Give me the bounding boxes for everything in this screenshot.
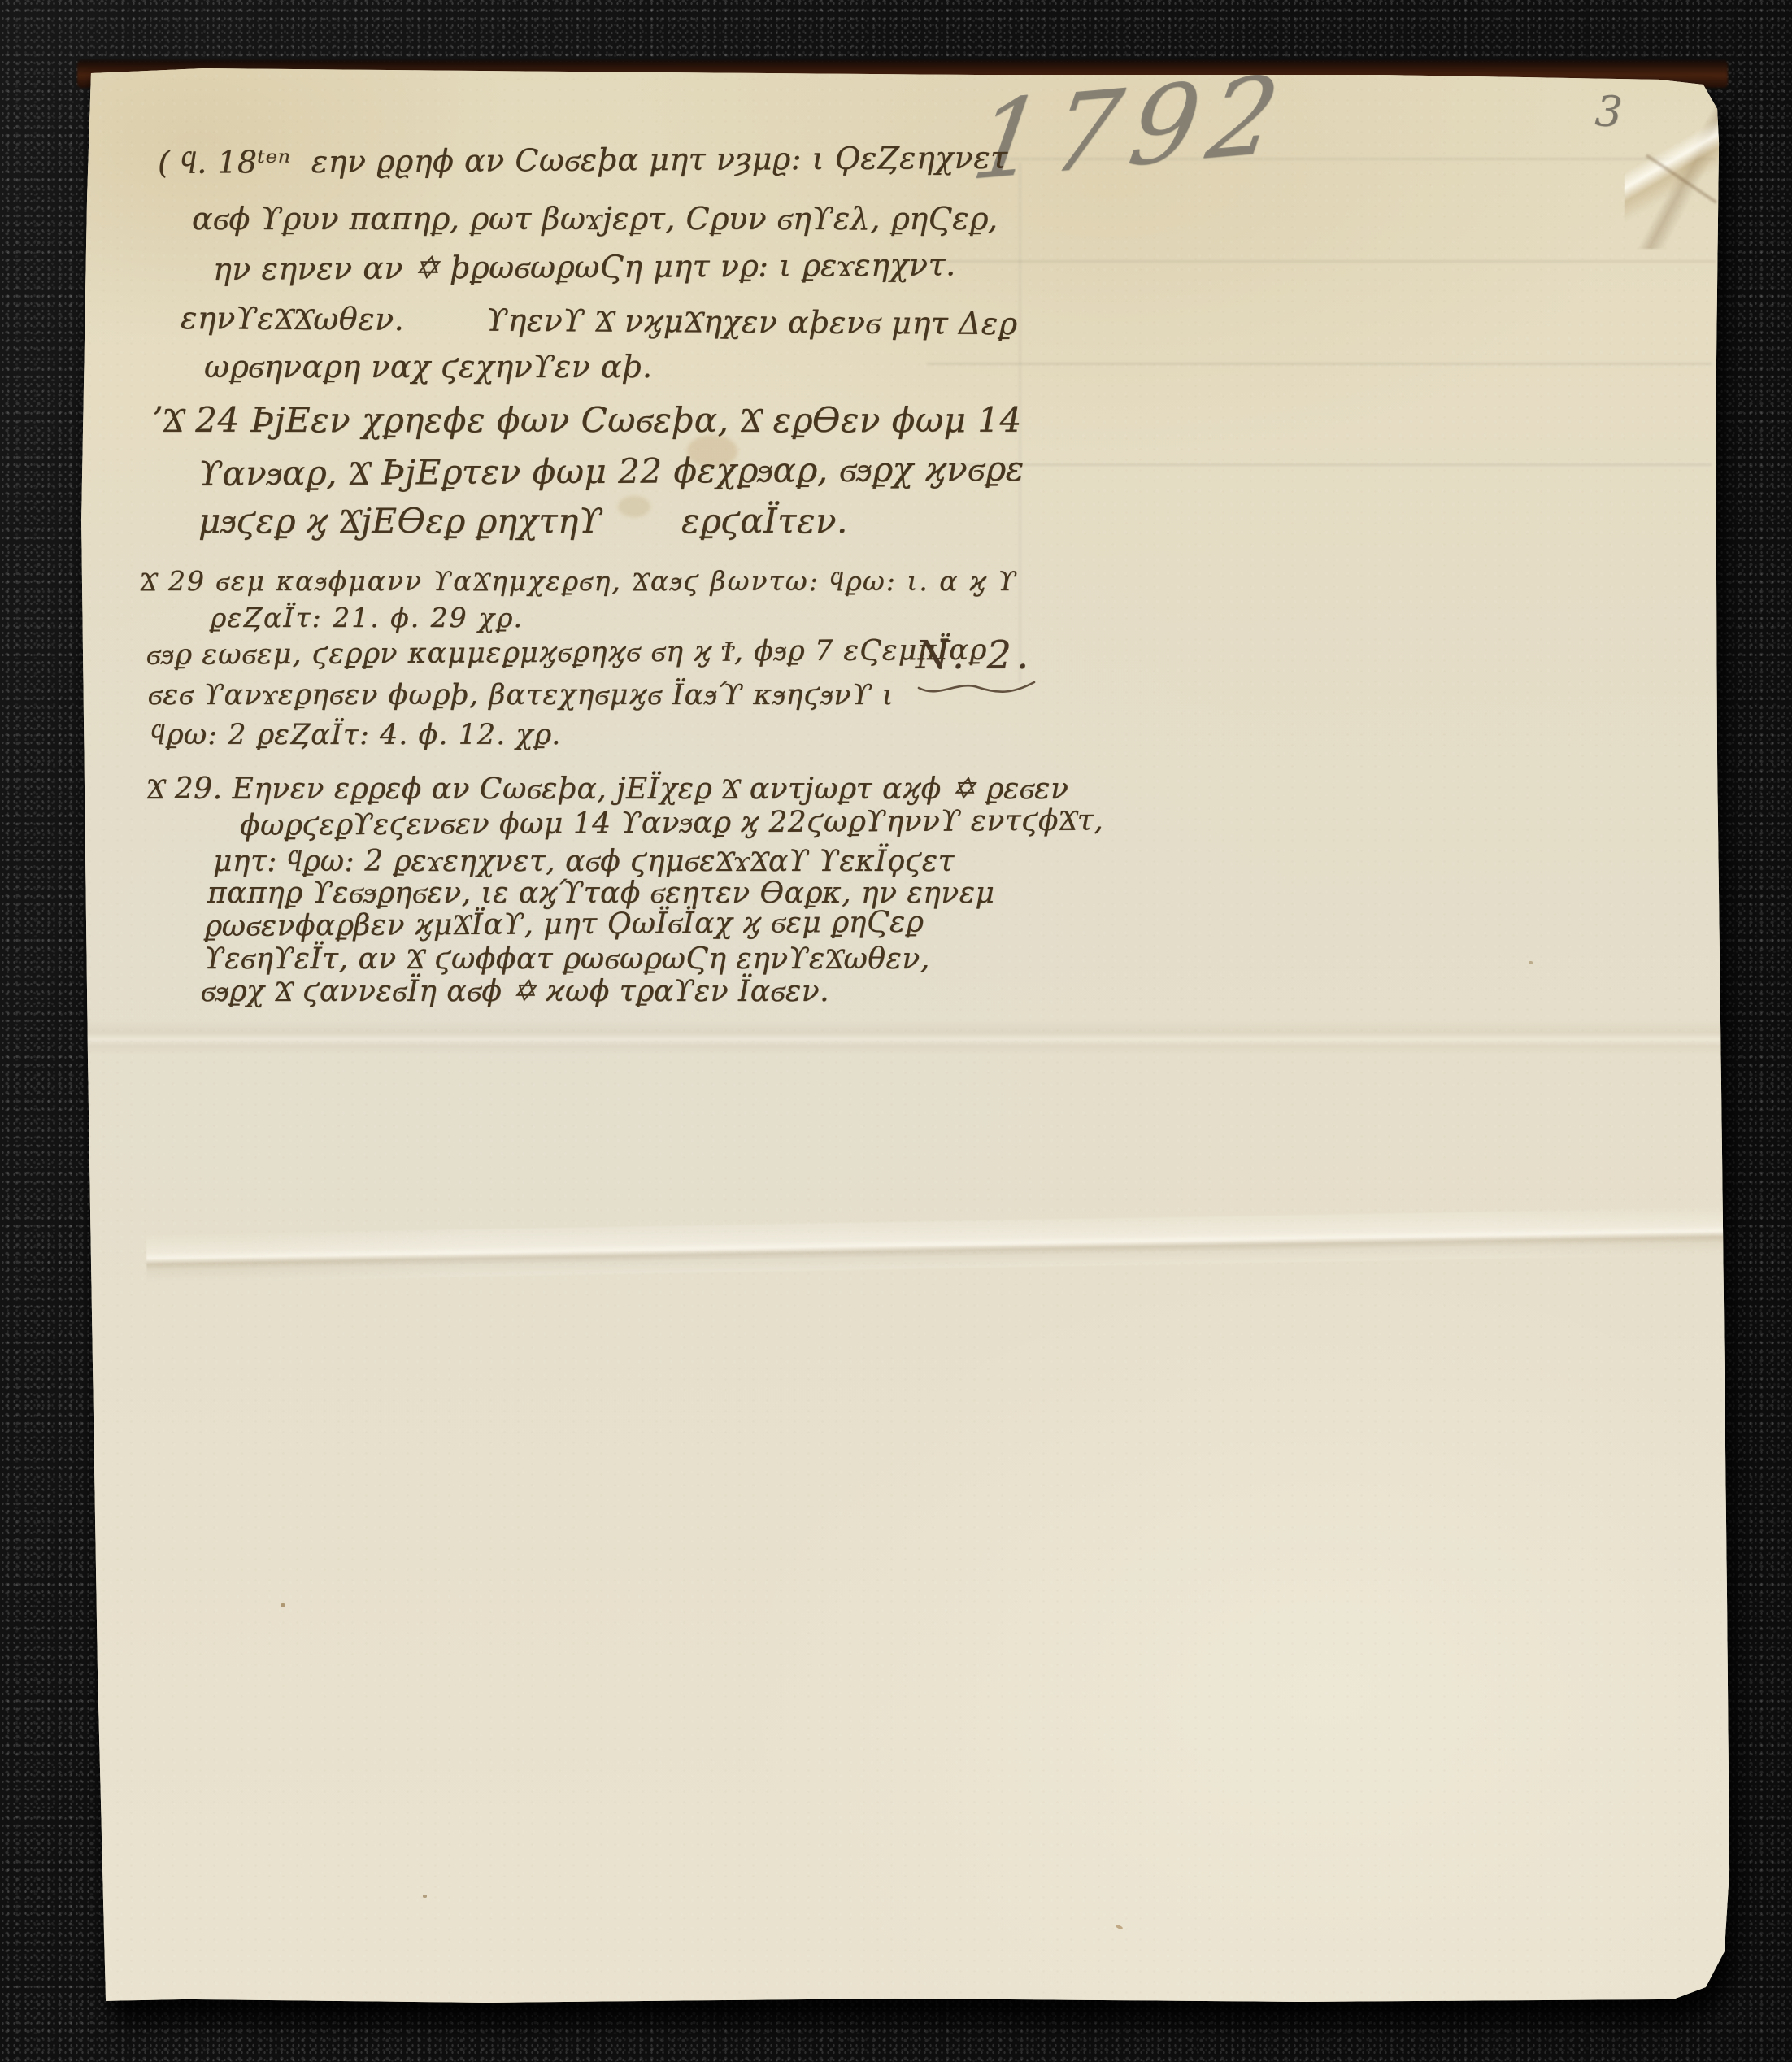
manuscript-line: μητ: ϥϼω: 2 ϼεϫεηχνετ, αϭϕ ϛημϭεϪϫϪαϒ ϒε… bbox=[213, 845, 955, 878]
manuscript-line: ην εηνεν αν ✡ ϸϼωϭωϼωϚη μητ νϼ: ι ϼεϫεηχ… bbox=[213, 247, 956, 287]
scan-canvas: 1792 3 N. 2. ( ϥ. 18ᵗᵉⁿ εην ϱϱηϕ αν Ϲωϭε… bbox=[0, 0, 1792, 2062]
manuscript-line: ( ϥ. 18ᵗᵉⁿ εην ϱϱηϕ αν Ϲωϭεϸα μητ νȝμϱ: … bbox=[158, 141, 1008, 181]
paper-stain bbox=[687, 435, 737, 468]
manuscript-line: παπηϼ ϒεϭϧϼηϭεν, ιε αϗϓταϕ ϭεητεν ϴαϼκ, … bbox=[207, 877, 994, 910]
manuscript-line: εηνϒεϪϪωθεν. ϒηενϒ Ϫ νϗμϪηχεν αϸενϭ μητ … bbox=[181, 301, 1017, 342]
page-number-pencil: 3 bbox=[1594, 87, 1624, 137]
manuscript-line: ϭεϭ ϒανϫεϼηϭεν ϕωϼϸ, βατεχηϭμϗϭ Ϊαϧϓ κϧη… bbox=[148, 679, 894, 711]
manuscript-line: ϼωϭενϕαϼβεν ϗμϪΪαϒ, μητ ϘωΪϭΪαχ ϗ ϭεμ ϼη… bbox=[204, 906, 924, 944]
paper-speck bbox=[1529, 961, 1533, 964]
manuscript-line: ϕωϼϛεϼϒεϛενϭεν ϕωμ 14 ϒανϧαϼ ϗ 22ϛωϼϒηνν… bbox=[240, 804, 1103, 843]
paper-stain bbox=[618, 496, 650, 517]
ghost-line bbox=[894, 260, 1716, 263]
manuscript-line: ϥϼω: 2 ϼεȤαΪτ: 4. ϕ. 12. χϼ. bbox=[150, 719, 561, 751]
flourish-underline-icon bbox=[916, 676, 1037, 699]
manuscript-line: ϼεȤαΪτ: 21. ϕ. 29 χϼ. bbox=[210, 603, 524, 633]
manuscript-line: Ϫ 29 ϭεμ καϧϕμανν ϒαϪημχεϼϭη, Ϫαϧϛ βωντω… bbox=[140, 566, 1018, 597]
manuscript-line: ϒεϭηϒεΪτ, αν Ϫ ϛωϕϕατ ϼωϭωϼωϚη εηνϒεϪωθε… bbox=[204, 942, 930, 976]
margin-note-label: N. 2. bbox=[916, 633, 1033, 678]
paper-speck bbox=[1116, 1924, 1124, 1929]
margin-note: N. 2. bbox=[916, 633, 1037, 699]
manuscript-line: αϭϕ ϒϼυν παπηϼ, ϼωτ βωϫϳεϼτ, Ϲϼυν ϭηϒελ,… bbox=[192, 202, 998, 237]
manuscript-line: ϒανϧαϼ, Ϫ ϷϳΕϼτεν ϕωμ 22 ϕεχϼϧαϼ, ϭϧϼχ ϗ… bbox=[198, 450, 1024, 494]
paper-surface: 1792 3 N. 2. ( ϥ. 18ᵗᵉⁿ εην ϱϱηϕ αν Ϲωϭε… bbox=[0, 0, 1792, 2062]
manuscript-line: Ϫ 29. Εηνεν εϼϼεϕ αν Ϲωϭεϸα, ϳΕΪχεϼ Ϫ αν… bbox=[146, 772, 1068, 806]
ghost-line-vertical bbox=[1019, 163, 1021, 683]
fold-crease-faint bbox=[85, 1021, 1720, 1054]
paper-speck bbox=[281, 1603, 285, 1607]
manuscript-paper: 1792 3 N. 2. ( ϥ. 18ᵗᵉⁿ εην ϱϱηϕ αν Ϲωϭε… bbox=[0, 0, 1792, 2062]
fold-crease-main bbox=[146, 1207, 1729, 1282]
paper-speck bbox=[423, 1895, 427, 1898]
manuscript-line: ωϼϭηναϼη ναχ ϛεχηνϒεν αϸ. bbox=[204, 350, 653, 385]
ghost-line bbox=[927, 363, 1712, 365]
year-pencil-annotation: 1792 bbox=[966, 60, 1296, 195]
manuscript-line: ʼϪ 24 ϷϳΕεν χϼηεϕε ϕων Ϲωϭεϸα, Ϫ εϼϴεν ϕ… bbox=[151, 401, 1022, 440]
manuscript-line: ϭϧϼ εωϭεμ, ϛεϼϼν καμμεϼμϗϭϼηϗϭ ϭη ϗ Ϯ, ϕ… bbox=[146, 634, 987, 672]
manuscript-line: ϭϧϼχ Ϫ ϛαννεϭΪη αϭϕ ✡ ϰωϕ τϼαϒεν Ϊαϭεν. bbox=[201, 975, 829, 1008]
manuscript-line: μϧϛεϼ ϗ ϪϳΕϴεϼ ϼηχτηϒ εϼϛαΪτεν. bbox=[198, 502, 848, 541]
ghost-line bbox=[911, 158, 1716, 160]
ghost-line bbox=[943, 463, 1712, 466]
corner-tear bbox=[1625, 80, 1732, 249]
